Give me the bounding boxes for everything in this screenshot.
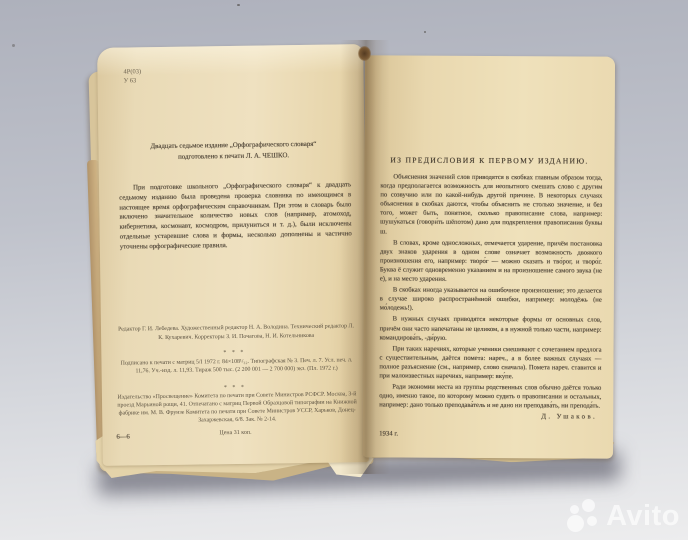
preface-paragraph: При таких наречиях, которые ученики смеш… [379, 344, 601, 382]
avito-dot-icon [570, 505, 579, 514]
price-label: Цена 31 коп. [102, 428, 368, 438]
editors-block: Редактор Г. И. Лебедева. Художественный … [117, 322, 355, 342]
right-page: ИЗ ПРЕДИСЛОВИЯ К ПЕРВОМУ ИЗДАНИЮ. Объясн… [363, 55, 615, 458]
photo-background: 4Р(03) У 63 Двадцать седьмое издание „Ор… [0, 0, 688, 540]
author-signature: Д. Ушаков. [379, 412, 597, 423]
avito-dot-icon [567, 515, 584, 532]
avito-watermark: Avito [567, 498, 680, 534]
avito-logo-icon [567, 498, 601, 534]
preface-paragraph: Объяснения значений слов приводятся в ск… [380, 172, 602, 237]
edition-note: Двадцать седьмое издание „Орфографическо… [118, 138, 348, 163]
preface-paragraph: В скобках иногда указывается на ошибочно… [380, 286, 602, 314]
preface-body: Объяснения значений слов приводятся в ск… [379, 172, 602, 439]
table-speck [237, 4, 240, 6]
preface-paragraph: Ради экономии места из группы родственны… [379, 382, 601, 410]
avito-dot-icon [587, 516, 597, 526]
library-stamp: 4Р(03) У 63 [123, 67, 141, 85]
preface-heading: ИЗ ПРЕДИСЛОВИЯ К ПЕРВОМУ ИЗДАНИЮ. [364, 155, 614, 165]
year-label: 1934 г. [379, 429, 601, 440]
print-info: Подписано к печати с матриц 5/I 1972 г. … [115, 357, 357, 376]
preface-paragraph: В словах, кроме односложных, отмечается … [380, 238, 602, 285]
left-page: 4Р(03) У 63 Двадцать седьмое издание „Ор… [97, 44, 369, 466]
avito-dot-icon [582, 499, 595, 512]
stamp-line-1: 4Р(03) [123, 67, 141, 76]
table-speck [12, 44, 15, 47]
spine-stain [358, 46, 371, 61]
preface-paragraph: В нужных случаях приводятся некоторые фо… [380, 315, 602, 343]
asterisk-separator: * * * [101, 348, 367, 358]
imprint-paragraph: При подготовке школьного „Орфографическо… [119, 180, 352, 252]
open-book: 4Р(03) У 63 Двадцать седьмое издание „Ор… [90, 40, 630, 505]
stamp-line-2: У 63 [123, 76, 141, 85]
table-speck [424, 31, 426, 33]
avito-wordmark: Avito [606, 502, 680, 531]
publisher-info: Издательство «Просвещение» Комитета по п… [115, 391, 359, 426]
